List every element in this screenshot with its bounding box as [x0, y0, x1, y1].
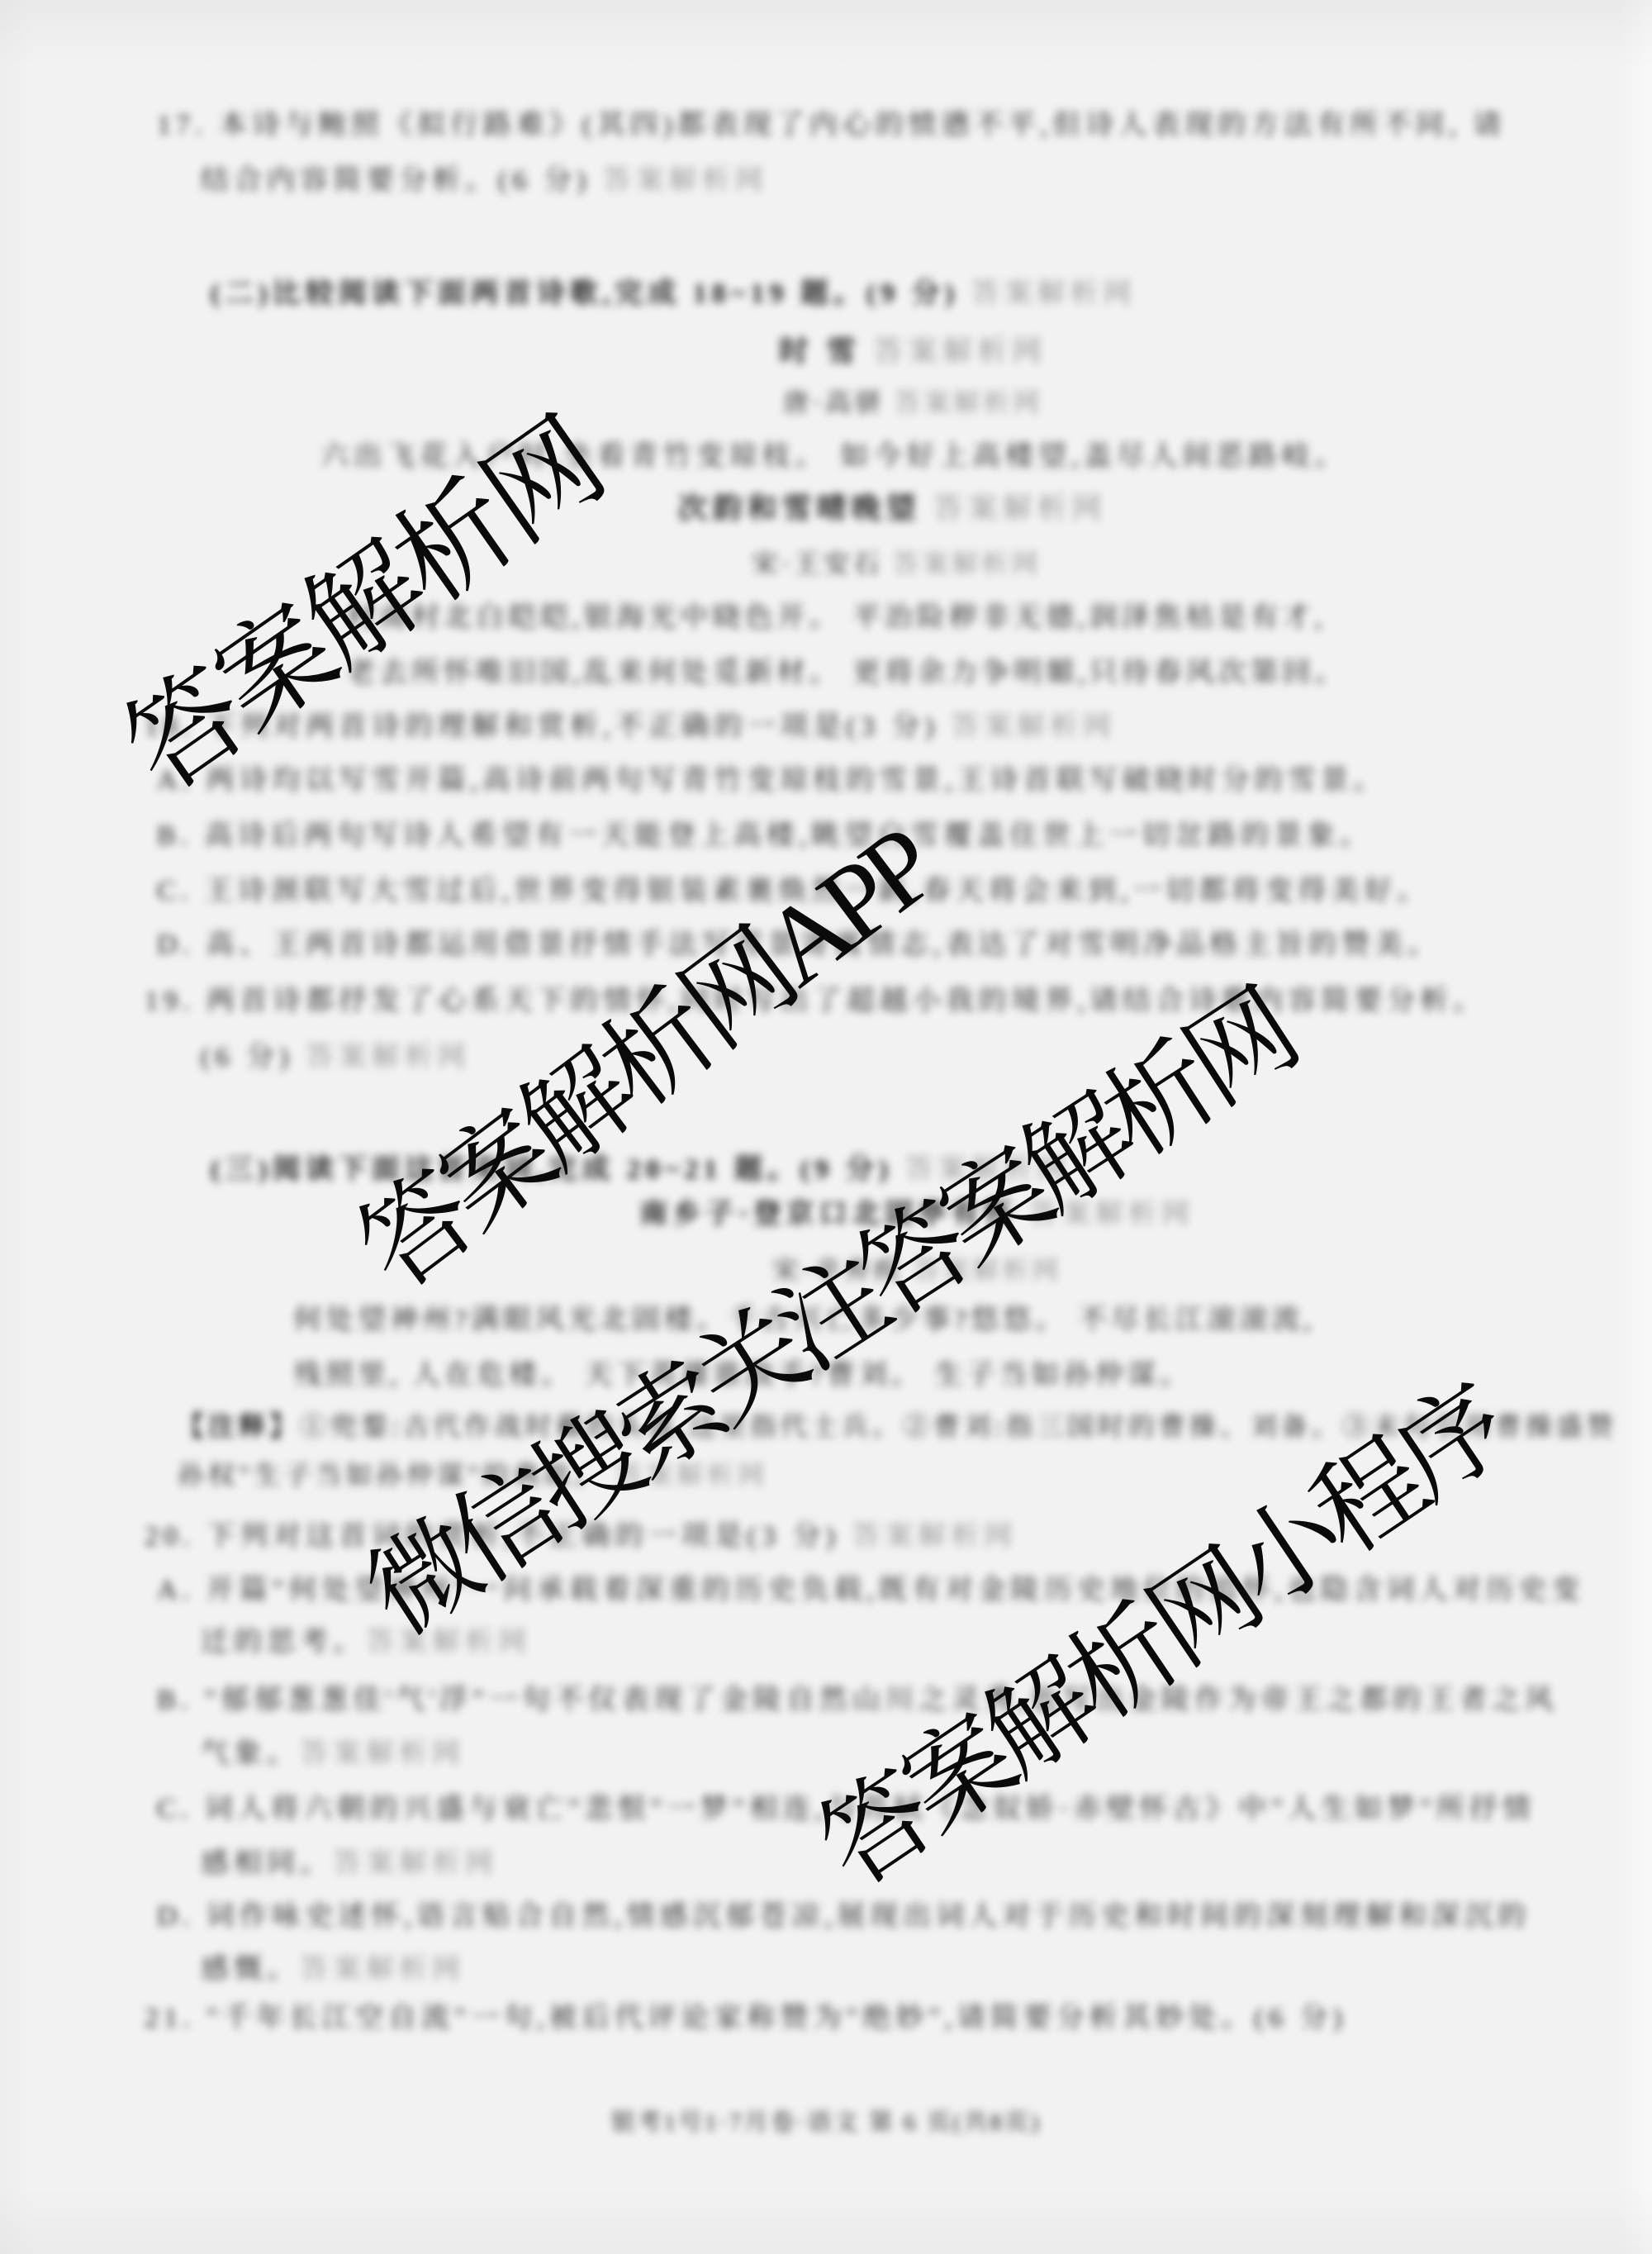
document-text-segment: D. 词作咏史述怀,语言贴合自然,情感沉郁苍凉,展现出词人对于历史和时间的深刻理…: [157, 1901, 1531, 1932]
text-line: 迁的思考。答案解析网: [201, 1626, 531, 1660]
inline-watermark-text: 答案解析网: [939, 711, 1117, 742]
text-line: 六出飞花入户时,坐看青竹变琼枝。 如今好上高楼望,盖尽人间恶路岐。: [320, 440, 1348, 474]
document-text-segment: 气象。: [201, 1738, 300, 1769]
text-line: A. 两诗均以写雪开篇,高诗前两句写青竹变琼枝的雪景,王诗首联写破晓时分的雪景。: [157, 764, 1387, 798]
text-line: (6 分) 答案解析网: [201, 1041, 471, 1075]
inline-watermark-text: 答案解析网: [903, 1255, 1061, 1285]
document-text-segment: D. 高、王两首诗都运用借景抒情手法写雪景寄寓情志,表达了对雪明净品格主旨的赞美…: [157, 930, 1441, 960]
text-line: 19. 两首诗都抒发了心系天下的情怀,同时写出了超越小我的境界,请结合诗歌内容简…: [145, 985, 1486, 1019]
document-text-segment: 宋·辛弃疾: [772, 1255, 904, 1285]
text-line: 气象。答案解析网: [201, 1738, 465, 1771]
document-text-segment: 次韵和雪晴晚望: [677, 492, 920, 525]
inline-watermark-text: 答案解析网: [605, 1460, 768, 1490]
text-line: D. 高、王两首诗都运用借景抒情手法写雪景寄寓情志,表达了对雪明净品格主旨的赞美…: [157, 929, 1441, 963]
document-text-segment: (二)比较阅读下面两首诗歌,完成 18~19 题。(9 分): [211, 278, 959, 309]
document-text-segment: 19. 两首诗都抒发了心系天下的情怀,同时写出了超越小我的境界,请结合诗歌内容简…: [145, 986, 1486, 1016]
inline-watermark-text: 答案解析网: [333, 1848, 498, 1879]
text-line: B. 高诗后两句写诗人希望有一天能登上高楼,眺望白雪覆盖住世上一切岔路的景象。: [157, 820, 1373, 854]
inline-watermark-text: 答案解析网: [591, 165, 768, 196]
document-text-segment: 老去所怀唯旧国,乱来何处觅新材。 更将余力争明媚,只待春风次第回。: [347, 658, 1347, 688]
document-text-segment: B. 高诗后两句写诗人希望有一天能登上高楼,眺望白雪覆盖住世上一切岔路的景象。: [157, 820, 1373, 851]
document-text-segment: 六出飞花入户时,坐看青竹变琼枝。 如今好上高楼望,盖尽人间恶路岐。: [320, 441, 1348, 472]
document-text-segment: 村南村北白皑皑,银海光中晓色开。 平治险秽非无德,润泽焦枯是有才,: [347, 602, 1326, 633]
text-line: 17. 本诗与鲍照《拟行路难》(其四)都表现了内心的愤懑不平,但诗人表现的方法有…: [157, 109, 1506, 143]
document-text-segment: 迁的思考。: [201, 1627, 366, 1657]
inline-watermark-text: 答案解析网: [882, 549, 1041, 578]
text-line: 时 雪 答案解析网: [779, 334, 1047, 369]
inline-watermark-text: 答案解析网: [1017, 1199, 1194, 1229]
document-text-segment: 时 雪: [779, 335, 861, 368]
inline-watermark-text: 答案解析网: [366, 1627, 531, 1657]
document-text-segment: ①兜鍪:古代作战时戴的头盔,这里指代士兵。②曹刘:指三国时的曹操、刘备。③末句引…: [300, 1411, 1617, 1441]
text-line: (三)阅读下面这首宋词,完成 20~21 题。(9 分) 答案解析网: [211, 1153, 1070, 1187]
text-line: C. 词人将六朝的兴盛与衰亡"悲恨"一梦"相连,与苏轼《念奴娇·赤壁怀古》中"人…: [157, 1793, 1536, 1827]
text-line: 宋·王安石 答案解析网: [752, 548, 1042, 579]
document-text-segment: 感相同。: [201, 1848, 333, 1879]
text-line: D. 词作咏史述怀,语言贴合自然,情感沉郁苍凉,展现出词人对于历史和时间的深刻理…: [157, 1900, 1531, 1934]
text-line: 18. 下列对两首诗的理解和赏析,不正确的一项是(3 分) 答案解析网: [145, 711, 1116, 744]
text-line: 村南村北白皑皑,银海光中晓色开。 平治险秽非无德,润泽焦枯是有才,: [347, 602, 1326, 635]
text-line: 【注释】①兜鍪:古代作战时戴的头盔,这里指代士兵。②曹刘:指三国时的曹操、刘备。…: [178, 1410, 1617, 1442]
document-text-segment: C. 词人将六朝的兴盛与衰亡"悲恨"一梦"相连,与苏轼《念奴娇·赤壁怀古》中"人…: [157, 1794, 1536, 1824]
document-text-segment: 何处望神州?满眼风光北固楼。千古兴亡多少事?悠悠。 不尽长江滚滚流,: [293, 1305, 1315, 1335]
text-line: 宋·辛弃疾 答案解析网: [772, 1254, 1062, 1286]
inline-watermark-text: 答案解析网: [921, 492, 1107, 525]
inline-watermark-text: 答案解析网: [293, 1042, 471, 1072]
inline-watermark-text: 答案解析网: [300, 1738, 465, 1769]
document-text-segment: (6 分): [201, 1042, 293, 1072]
inline-watermark-text: 答案解析网: [861, 335, 1047, 368]
inline-watermark-text: 答案解析网: [959, 278, 1137, 309]
document-text-segment: B. "郁郁葱葱佳'气'浮"一句不仅表现了金陵自然山川之灵秀,也写出金陵作为帝王…: [157, 1685, 1558, 1715]
document-text-segment: A. 两诗均以写雪开篇,高诗前两句写青竹变琼枝的雪景,王诗首联写破晓时分的雪景。: [157, 765, 1387, 796]
text-line: 感慨。答案解析网: [201, 1953, 465, 1987]
text-line: 次韵和雪晴晚望 答案解析网: [677, 491, 1106, 526]
text-line: 南乡子·登京口北固亭有怀 答案解析网: [639, 1198, 1194, 1232]
document-text-segment: 孙权"生子当如孙仲谋"的典故。: [178, 1460, 605, 1490]
inline-watermark-text: 答案解析网: [893, 1154, 1070, 1185]
document-text-segment: A. 开篇"何处望神州"一问承载着深重的历史负载,既有对金陵历史地位的追怀,也隐…: [157, 1575, 1584, 1605]
inline-watermark-text: 答案解析网: [884, 388, 1042, 417]
inline-watermark-text: 答案解析网: [300, 1954, 465, 1985]
text-line: 老去所怀唯旧国,乱来何处觅新材。 更将余力争明媚,只待春风次第回。: [347, 657, 1347, 691]
text-line: C. 王诗颈联写大雪过后,世界变得银装素裹焕然一新,春天将会来到,一切都将变得美…: [157, 875, 1430, 909]
blurred-text-layer: 17. 本诗与鲍照《拟行路难》(其四)都表现了内心的愤懑不平,但诗人表现的方法有…: [0, 0, 1652, 2254]
text-line: 感相同。答案解析网: [201, 1847, 498, 1881]
text-line: 银考1号1·7月卷·语文 第 6 页(共8页): [611, 2109, 1042, 2137]
text-line: 20. 下列对这首词的赏析,不正确的一项是(3 分) 答案解析网: [145, 1520, 1017, 1554]
inline-watermark-text: 答案解析网: [840, 1521, 1018, 1552]
document-text-segment: 结合内容简要分析。(6 分): [201, 165, 591, 196]
document-text-segment: 20. 下列对这首词的赏析,不正确的一项是(3 分): [145, 1521, 840, 1552]
document-text-segment: 银考1号1·7月卷·语文 第 6 页(共8页): [611, 2109, 1042, 2136]
document-text-segment: 【注释】: [178, 1411, 300, 1441]
document-text-segment: 宋·王安石: [752, 549, 883, 578]
text-line: 残照里, 人在危楼。 天下英雄谁敌手?曹刘。 生子当如孙仲谋。: [293, 1359, 1192, 1393]
text-line: (二)比较阅读下面两首诗歌,完成 18~19 题。(9 分) 答案解析网: [211, 278, 1136, 311]
text-line: 孙权"生子当如孙仲谋"的典故。 答案解析网: [178, 1459, 768, 1491]
document-text-segment: (三)阅读下面这首宋词,完成 20~21 题。(9 分): [211, 1154, 893, 1185]
document-text-segment: 南乡子·登京口北固亭有怀: [639, 1199, 1017, 1229]
text-line: 何处望神州?满眼风光北固楼。千古兴亡多少事?悠悠。 不尽长江滚滚流,: [293, 1304, 1315, 1338]
text-line: 21. "千年长江空自流"一句,被后代评论家称赞为"绝妙",请简要分析其妙处。(…: [145, 2002, 1347, 2036]
text-line: A. 开篇"何处望神州"一问承载着深重的历史负载,既有对金陵历史地位的追怀,也隐…: [157, 1574, 1584, 1608]
text-line: B. "郁郁葱葱佳'气'浮"一句不仅表现了金陵自然山川之灵秀,也写出金陵作为帝王…: [157, 1684, 1558, 1718]
text-line: 结合内容简要分析。(6 分) 答案解析网: [201, 164, 768, 198]
document-text-segment: 残照里, 人在危楼。 天下英雄谁敌手?曹刘。 生子当如孙仲谋。: [293, 1360, 1192, 1391]
document-text-segment: 21. "千年长江空自流"一句,被后代评论家称赞为"绝妙",请简要分析其妙处。(…: [145, 2003, 1347, 2033]
text-line: 唐·高骈 答案解析网: [783, 387, 1043, 418]
document-text-segment: 感慨。: [201, 1954, 300, 1985]
document-text-segment: 唐·高骈: [783, 388, 885, 417]
exam-scan-page: 17. 本诗与鲍照《拟行路难》(其四)都表现了内心的愤懑不平,但诗人表现的方法有…: [0, 0, 1652, 2254]
document-text-segment: 17. 本诗与鲍照《拟行路难》(其四)都表现了内心的愤懑不平,但诗人表现的方法有…: [157, 110, 1506, 140]
document-text-segment: 18. 下列对两首诗的理解和赏析,不正确的一项是(3 分): [145, 711, 939, 742]
document-text-segment: C. 王诗颈联写大雪过后,世界变得银装素裹焕然一新,春天将会来到,一切都将变得美…: [157, 876, 1430, 906]
